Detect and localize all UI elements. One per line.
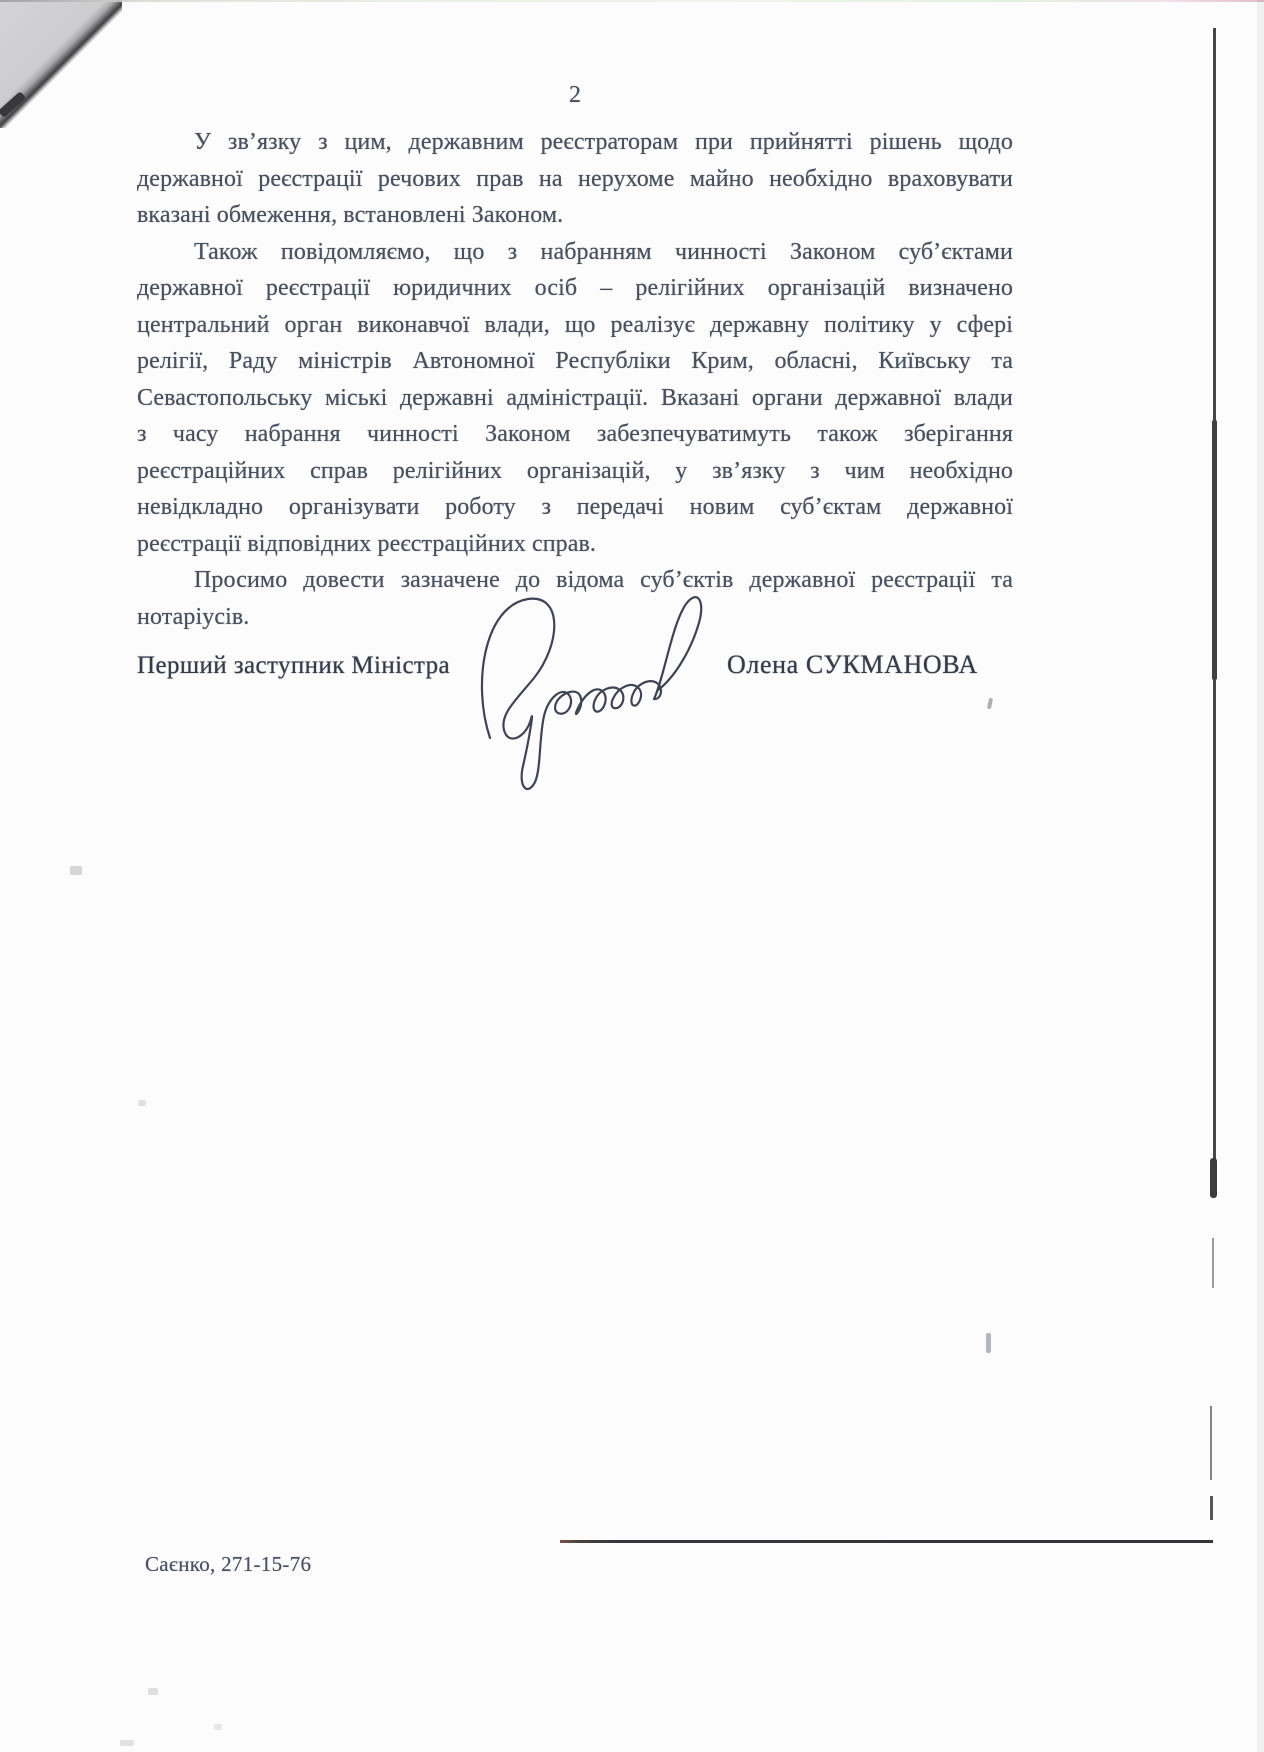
ink-speck (148, 1688, 158, 1695)
ink-speck (214, 1724, 222, 1730)
text-line: Також повідомляємо, що з набранням чинно… (137, 234, 1013, 271)
scan-bottom-line-artifact (560, 1540, 1213, 1543)
text-line: У зв’язку з цим, державним реєстраторам … (137, 124, 1013, 161)
paragraph-1: У зв’язку з цим, державним реєстраторам … (137, 124, 1013, 234)
ink-speck (986, 1333, 991, 1353)
signatory-title: Перший заступник Міністра (137, 652, 450, 680)
scan-line-segment-3 (1210, 1496, 1213, 1520)
scan-line-segment-2 (1210, 1406, 1212, 1480)
text-line: релігії, Раду міністрів Автономної Респу… (137, 343, 1013, 380)
letter-body: У зв’язку з цим, державним реєстраторам … (137, 124, 1013, 635)
scanner-top-edge-artifact (0, 0, 1264, 2)
scanned-letter-page: 2 У зв’язку з цим, державним реєстратора… (0, 0, 1264, 1752)
text-line: Севастопольську міські державні адмініст… (137, 380, 1013, 417)
text-line: вказані обмеження, встановлені Законом. (137, 197, 1013, 234)
executor-reference: Саєнко, 271-15-76 (145, 1552, 311, 1577)
ink-speck (138, 1100, 146, 1106)
scan-line-right-blob (1210, 1158, 1217, 1198)
text-line: з часу набрання чинності Законом забезпе… (137, 416, 1013, 453)
text-line: реєстраційних справ релігійних організац… (137, 453, 1013, 490)
scan-line-right-thick (1212, 420, 1217, 680)
paragraph-2: Також повідомляємо, що з набранням чинно… (137, 234, 1013, 563)
signatory-name: Олена СУКМАНОВА (727, 650, 978, 680)
page-edge-shadow (1257, 0, 1264, 1752)
text-line: реєстрації відповідних реєстраційних спр… (137, 526, 1013, 563)
text-line: центральний орган виконавчої влади, що р… (137, 307, 1013, 344)
ink-speck (70, 866, 82, 875)
text-line: невідкладно організувати роботу з переда… (137, 489, 1013, 526)
ink-speck (987, 698, 993, 710)
text-line: державної реєстрації юридичних осіб – ре… (137, 270, 1013, 307)
ink-speck (120, 1740, 134, 1746)
scan-line-segment-1 (1212, 1238, 1214, 1288)
corner-fold-artifact (0, 0, 122, 128)
handwritten-signature (468, 586, 718, 804)
page-number: 2 (137, 82, 1013, 109)
text-line: державної реєстрації речових прав на нер… (137, 161, 1013, 198)
